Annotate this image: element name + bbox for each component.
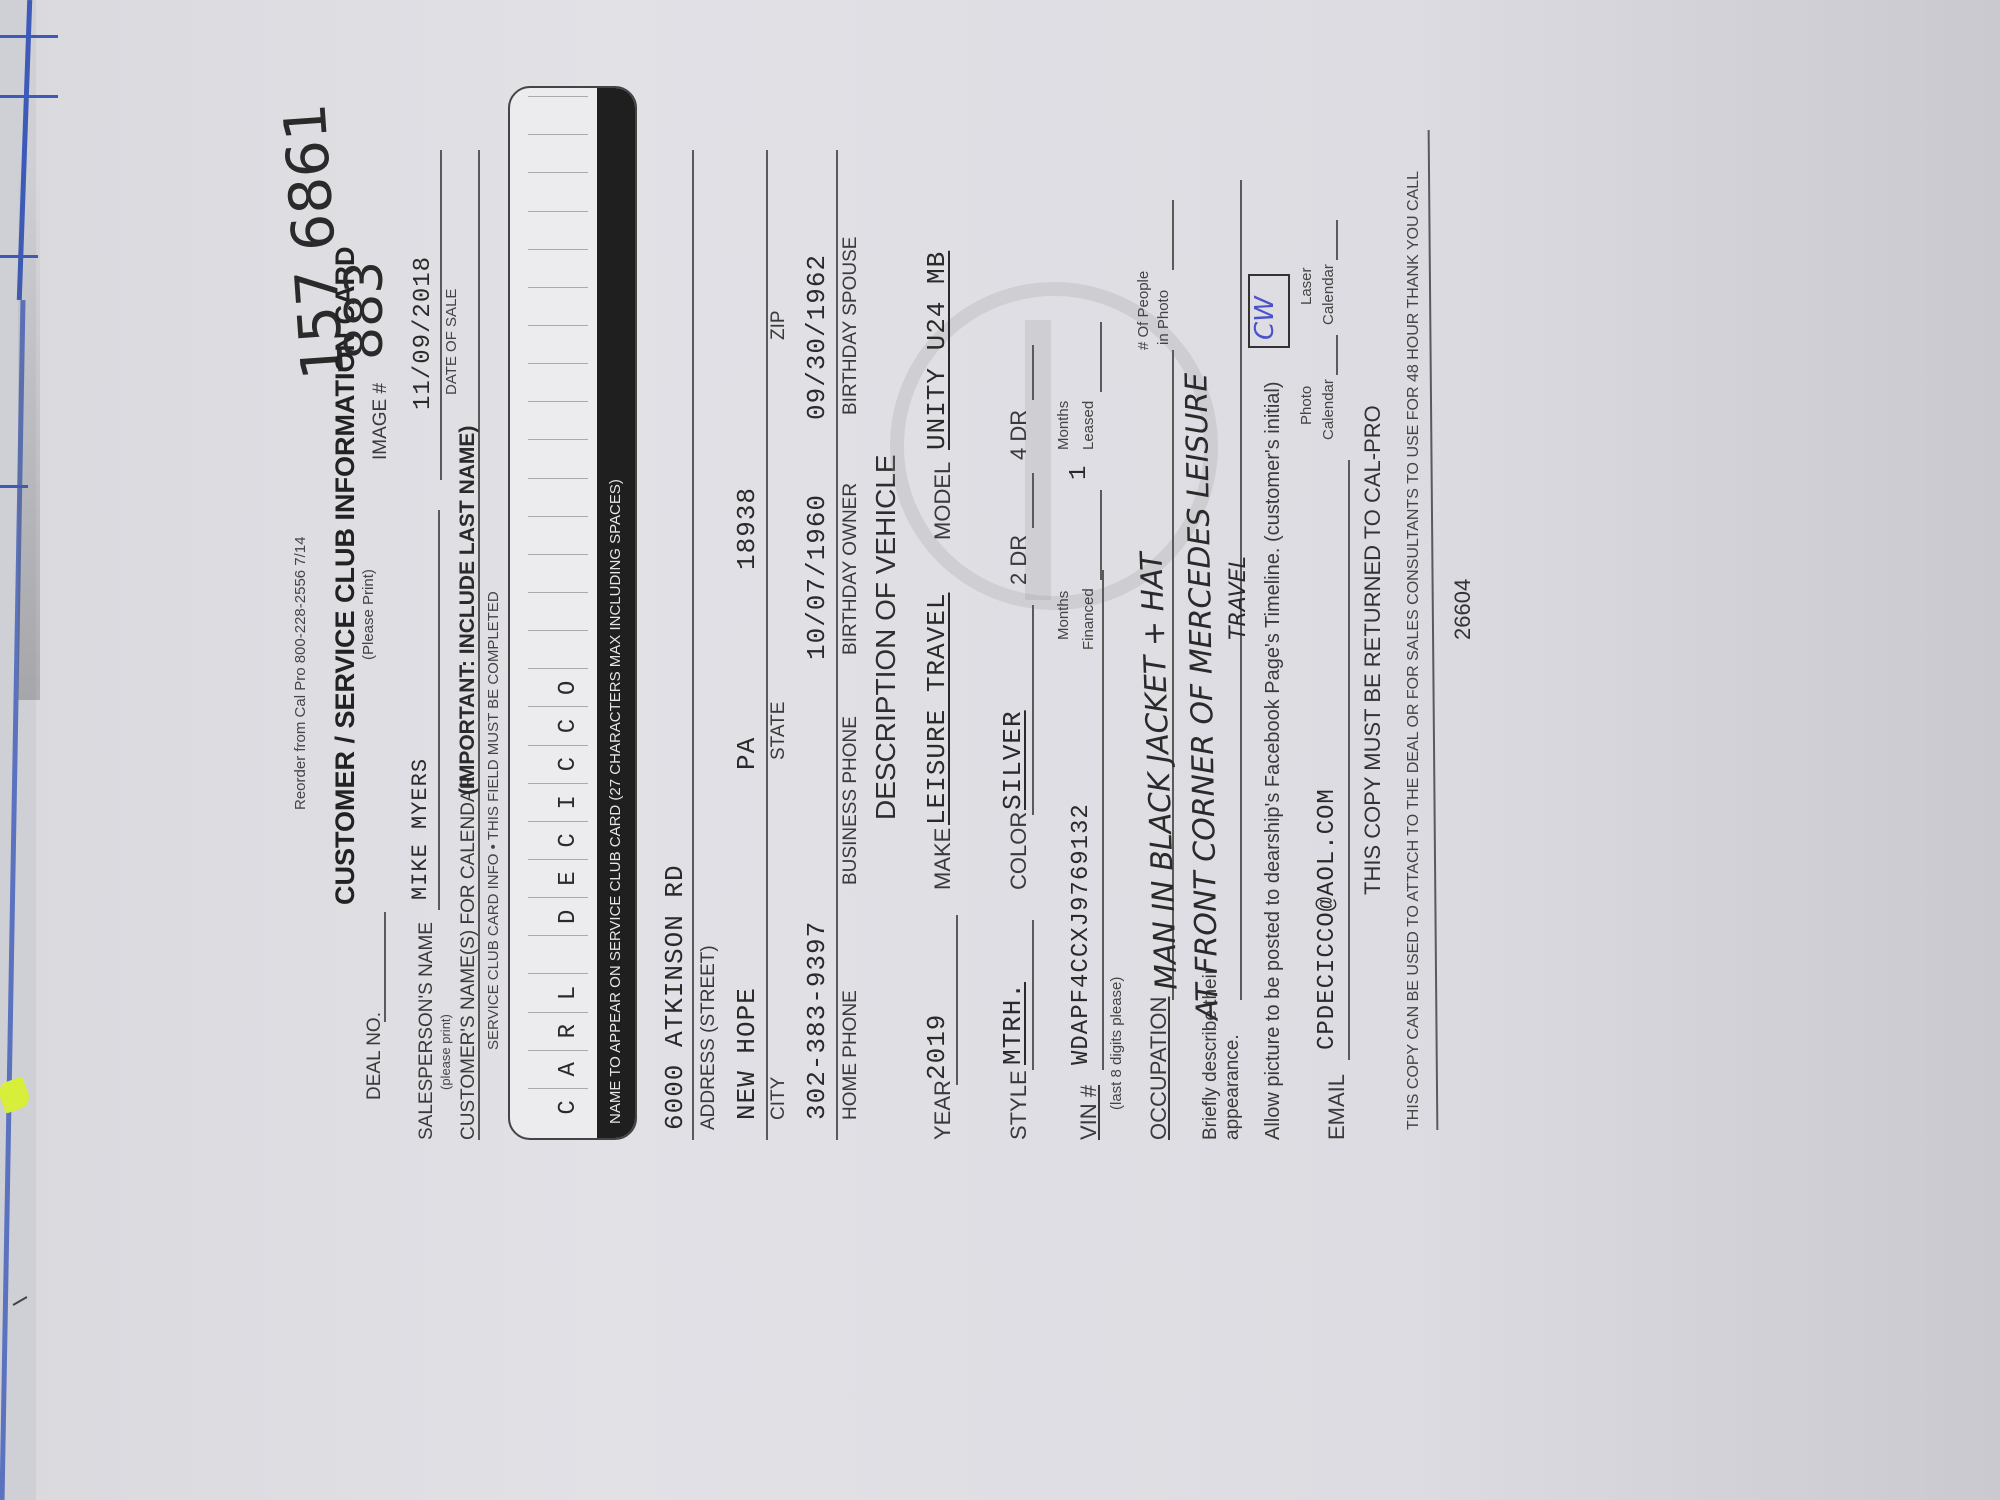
service-club-info: SERVICE CLUB CARD INFO • THIS FIELD MUST… bbox=[485, 591, 502, 1050]
model-value[interactable]: UNITY U24 MB bbox=[922, 251, 952, 450]
date-of-sale-value[interactable]: 11/09/2018 bbox=[410, 256, 437, 410]
state-value[interactable]: PA bbox=[732, 737, 762, 770]
card-name-slot[interactable] bbox=[528, 439, 588, 477]
card-name-char: C bbox=[555, 833, 582, 847]
home-phone-value[interactable]: 302-383-9397 bbox=[802, 921, 832, 1120]
laser-calendar-label-1: Laser bbox=[1298, 267, 1315, 305]
home-phone-label: HOME PHONE bbox=[840, 990, 862, 1120]
return-notice: THIS COPY MUST BE RETURNED TO CAL-PRO bbox=[1360, 405, 1386, 895]
notebook-tick bbox=[0, 35, 58, 38]
customer-initial-box[interactable]: CW bbox=[1248, 274, 1290, 348]
card-name-slot[interactable] bbox=[528, 478, 588, 516]
months-leased-label-1: Months bbox=[1055, 401, 1072, 450]
vin-field bbox=[1102, 570, 1104, 1070]
card-name-char: D bbox=[555, 910, 582, 924]
four-door-label: 4 DR bbox=[1006, 410, 1032, 460]
birthday-spouse-value[interactable]: 09/30/1962 bbox=[802, 254, 832, 420]
year-label: YEAR bbox=[930, 1080, 956, 1140]
email-value[interactable]: CPDECICCO@AOL.COM bbox=[1314, 788, 1341, 1050]
four-door-field[interactable] bbox=[1032, 345, 1034, 400]
appearance-line-3: TRAVEL bbox=[1226, 556, 1251, 640]
card-name-slot[interactable]: O bbox=[528, 668, 588, 706]
customer-info-card: Reorder from Cal Pro 800-228-2556 7/14 1… bbox=[280, 140, 1680, 1140]
business-phone-label: BUSINESS PHONE bbox=[840, 716, 862, 885]
vin-label: VIN # bbox=[1076, 1085, 1102, 1140]
months-leased-value[interactable]: 1 bbox=[1066, 465, 1093, 480]
customer-names-label: CUSTOMER'S NAME(S) FOR CALENDAR bbox=[458, 776, 480, 1140]
card-name-slot[interactable] bbox=[528, 325, 588, 363]
city-state-zip-field bbox=[766, 150, 768, 1140]
laser-calendar-label-2: Calendar bbox=[1320, 264, 1337, 325]
salesperson-value[interactable]: MIKE MYERS bbox=[408, 758, 433, 900]
occupation-label: OCCUPATION bbox=[1146, 997, 1172, 1140]
people-in-photo-field[interactable] bbox=[1172, 200, 1174, 270]
card-name-slot[interactable]: C bbox=[528, 706, 588, 744]
card-name-slot[interactable] bbox=[528, 554, 588, 592]
customer-initial: CW bbox=[1250, 296, 1280, 340]
image-no-label: IMAGE # bbox=[370, 383, 392, 460]
card-name-char: C bbox=[555, 719, 582, 733]
card-name-slot[interactable] bbox=[528, 363, 588, 401]
card-name-slot[interactable]: C bbox=[528, 821, 588, 859]
months-financed-field[interactable] bbox=[1100, 490, 1102, 580]
color-value[interactable]: SILVER bbox=[998, 710, 1028, 810]
card-name-char: A bbox=[555, 1062, 582, 1076]
please-print: (Please Print) bbox=[360, 569, 377, 660]
shadow bbox=[18, 160, 40, 700]
card-band: NAME TO APPEAR ON SERVICE CLUB CARD (27 … bbox=[597, 88, 635, 1138]
date-of-sale-label: DATE OF SALE bbox=[443, 289, 460, 395]
card-name-slot[interactable] bbox=[528, 630, 588, 668]
months-financed-label-1: Months bbox=[1055, 591, 1072, 640]
appearance-label-2: appearance. bbox=[1222, 1034, 1244, 1140]
card-name-slot[interactable] bbox=[528, 134, 588, 172]
card-name-slot[interactable] bbox=[528, 516, 588, 554]
salesperson-sublabel: (please print) bbox=[438, 1014, 453, 1090]
salesperson-field bbox=[438, 510, 440, 910]
photo-calendar-label-1: Photo bbox=[1298, 386, 1315, 425]
color-field bbox=[1032, 605, 1034, 815]
deal-no-label: DEAL NO. bbox=[364, 1012, 386, 1100]
style-label: STYLE bbox=[1006, 1070, 1032, 1140]
card-name-slot[interactable]: D bbox=[528, 897, 588, 935]
notebook-tick bbox=[0, 95, 58, 98]
city-label: CITY bbox=[768, 1077, 790, 1120]
customer-names-important: (IMPORTANT: INCLUDE LAST NAME) bbox=[456, 426, 480, 795]
style-field bbox=[1032, 920, 1034, 1070]
people-label-2: in Photo bbox=[1155, 290, 1172, 345]
email-label: EMAIL bbox=[1324, 1074, 1350, 1140]
vin-note: (last 8 digits please) bbox=[1108, 977, 1125, 1110]
footer-rule bbox=[1428, 130, 1439, 1130]
model-label: MODEL bbox=[930, 462, 956, 540]
card-name-char: O bbox=[555, 681, 582, 695]
card-name-slot[interactable] bbox=[528, 592, 588, 630]
salesperson-label: SALESPERSON'S NAME bbox=[416, 922, 438, 1140]
laser-calendar-field[interactable] bbox=[1336, 220, 1338, 260]
card-name-slot[interactable]: L bbox=[528, 973, 588, 1011]
year-field bbox=[956, 915, 958, 1085]
deal-no-field[interactable] bbox=[384, 912, 386, 1022]
make-label: MAKE bbox=[930, 828, 956, 890]
two-door-field[interactable] bbox=[1032, 473, 1034, 528]
appearance-line-2: AT FRONT CORNER OF MERCEDES LEISURE bbox=[1179, 372, 1225, 1020]
card-name-slot[interactable] bbox=[528, 96, 588, 134]
two-door-label: 2 DR bbox=[1006, 535, 1032, 585]
style-value[interactable]: MTRH. bbox=[998, 982, 1028, 1065]
date-of-sale-field bbox=[440, 150, 442, 480]
card-name-char: R bbox=[555, 1024, 582, 1038]
months-leased-label-2: Leased bbox=[1080, 401, 1097, 450]
birthday-owner-value[interactable]: 10/07/1960 bbox=[802, 494, 832, 660]
photo-calendar-label-2: Calendar bbox=[1320, 379, 1337, 440]
card-name-slot[interactable] bbox=[528, 249, 588, 287]
card-name-slot[interactable]: C bbox=[528, 1088, 588, 1126]
city-value[interactable]: NEW HOPE bbox=[732, 987, 762, 1120]
footer-notice: THIS COPY CAN BE USED TO ATTACH TO THE D… bbox=[1405, 171, 1423, 1130]
make-value[interactable]: LEISURE TRAVEL bbox=[922, 593, 952, 825]
reorder-line: Reorder from Cal Pro 800-228-2556 7/14 bbox=[292, 537, 309, 811]
address-value[interactable]: 6000 ATKINSON RD bbox=[660, 864, 690, 1130]
vin-value[interactable]: WDAPF4CCXJ9769132 bbox=[1068, 803, 1095, 1065]
card-name-slot[interactable]: C bbox=[528, 745, 588, 783]
color-label: COLOR bbox=[1006, 812, 1032, 890]
service-club-card-name-box[interactable]: CARL DECICCO NAME TO APPEAR ON SERVICE C… bbox=[508, 86, 637, 1140]
card-name-char: L bbox=[555, 986, 582, 1000]
vehicle-heading: DESCRIPTION OF VEHICLE bbox=[870, 454, 902, 820]
birthday-spouse-label: BIRTHDAY SPOUSE bbox=[840, 237, 862, 415]
appearance-line-1: MAN IN BLACK JACKET + HAT bbox=[1134, 552, 1184, 991]
zip-value[interactable]: 18938 bbox=[732, 487, 762, 570]
photo-calendar-field[interactable] bbox=[1336, 335, 1338, 375]
card-name-slot[interactable]: R bbox=[528, 1012, 588, 1050]
facebook-consent-text: Allow picture to be posted to dearship's… bbox=[1262, 382, 1285, 1141]
card-name-slot[interactable]: E bbox=[528, 859, 588, 897]
birthday-owner-label: BIRTHDAY OWNER bbox=[840, 483, 862, 655]
card-name-slot[interactable]: I bbox=[528, 783, 588, 821]
card-name-slot[interactable] bbox=[528, 287, 588, 325]
card-name-slot[interactable] bbox=[528, 401, 588, 439]
year-value[interactable]: 2019 bbox=[922, 1014, 952, 1080]
months-leased-field bbox=[1100, 322, 1102, 392]
image-no-value: 883 bbox=[335, 261, 395, 360]
card-name-slots: CARL DECICCO bbox=[528, 96, 588, 1126]
address-label: ADDRESS (STREET) bbox=[698, 945, 720, 1130]
address-field bbox=[692, 150, 694, 1140]
state-label: STATE bbox=[768, 702, 790, 760]
card-name-char: C bbox=[555, 1100, 582, 1114]
card-name-char: C bbox=[555, 757, 582, 771]
people-label-1: # Of People bbox=[1135, 271, 1152, 350]
phone-birthday-field bbox=[836, 150, 838, 1140]
card-name-slot[interactable] bbox=[528, 211, 588, 249]
months-financed-label-2: Financed bbox=[1080, 588, 1097, 650]
card-name-slot[interactable]: A bbox=[528, 1050, 588, 1088]
card-name-char: I bbox=[555, 795, 582, 809]
card-name-slot[interactable] bbox=[528, 172, 588, 210]
email-field bbox=[1348, 460, 1350, 1060]
form-number: 26604 bbox=[1450, 579, 1476, 640]
card-name-slot[interactable] bbox=[528, 935, 588, 973]
zip-label: ZIP bbox=[768, 310, 790, 340]
card-name-char: E bbox=[555, 871, 582, 885]
